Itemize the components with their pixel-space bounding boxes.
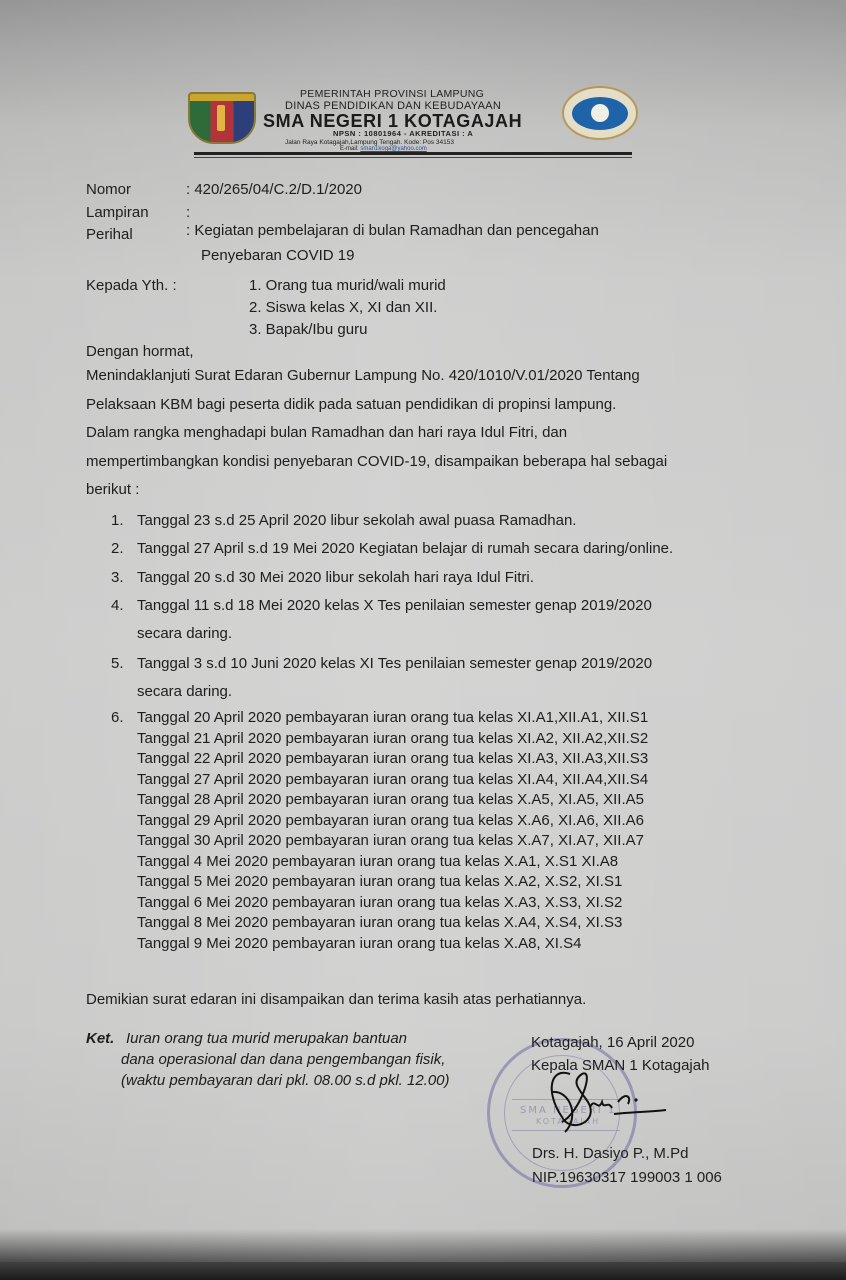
nomor-label: Nomor [86, 181, 131, 198]
list-item-number: 2. [111, 540, 124, 557]
recipient-item: 3. Bapak/Ibu guru [249, 321, 367, 338]
paragraph-line: mempertimbangkan kondisi penyebaran COVI… [86, 453, 667, 470]
list-item-number: 4. [111, 597, 124, 614]
note-line: dana operasional dan dana pengembangan f… [121, 1051, 445, 1068]
paragraph-line: Menindaklanjuti Surat Edaran Gubernur La… [86, 367, 640, 384]
perihal-label: Perihal [86, 226, 133, 243]
list-item-number: 6. [111, 709, 124, 726]
letterhead-address: Jalan Raya Kotagajah,Lampung Tengah. Kod… [285, 139, 454, 146]
paragraph-line: berikut : [86, 481, 139, 498]
list-item: Tanggal 20 April 2020 pembayaran iuran o… [137, 709, 648, 726]
nomor-value: : 420/265/04/C.2/D.1/2020 [186, 181, 362, 198]
signer-nip: NIP.19630317 199003 1 006 [532, 1169, 722, 1186]
signer-name: Drs. H. Dasiyo P., M.Pd [532, 1145, 688, 1162]
closing-sentence: Demikian surat edaran ini disampaikan da… [86, 991, 586, 1008]
lampiran-value: : [186, 204, 190, 221]
list-item: Tanggal 30 April 2020 pembayaran iuran o… [137, 832, 644, 849]
list-item: Tanggal 27 April 2020 pembayaran iuran o… [137, 771, 648, 788]
paragraph-line: Dalam rangka menghadapi bulan Ramadhan d… [86, 424, 567, 441]
lampiran-label: Lampiran [86, 204, 149, 221]
list-item-number: 1. [111, 512, 124, 529]
recipient-item: 1. Orang tua murid/wali murid [249, 277, 446, 294]
paragraph-line: Pelaksaan KBM bagi peserta didik pada sa… [86, 396, 616, 413]
list-item: Tanggal 9 Mei 2020 pembayaran iuran oran… [137, 935, 581, 952]
note-line: Iuran orang tua murid merupakan bantuan [126, 1030, 407, 1047]
list-item: Tanggal 21 April 2020 pembayaran iuran o… [137, 730, 648, 747]
recipient-item: 2. Siswa kelas X, XI dan XII. [249, 299, 437, 316]
perihal-value-cont: Penyebaran COVID 19 [201, 247, 354, 264]
note-label: Ket. [86, 1030, 114, 1047]
list-item: Tanggal 6 Mei 2020 pembayaran iuran oran… [137, 894, 622, 911]
list-item: Tanggal 8 Mei 2020 pembayaran iuran oran… [137, 914, 622, 931]
signature-icon [540, 1062, 670, 1142]
greeting: Dengan hormat, [86, 343, 194, 360]
list-item: Tanggal 27 April s.d 19 Mei 2020 Kegiata… [137, 540, 673, 557]
letterhead-divider [194, 152, 632, 155]
list-item: Tanggal 28 April 2020 pembayaran iuran o… [137, 791, 644, 808]
list-item: Tanggal 29 April 2020 pembayaran iuran o… [137, 812, 644, 829]
perihal-value: : Kegiatan pembelajaran di bulan Ramadha… [186, 222, 599, 239]
list-item-number: 5. [111, 655, 124, 672]
note-line: (waktu pembayaran dari pkl. 08.00 s.d pk… [121, 1072, 450, 1089]
list-item: Tanggal 22 April 2020 pembayaran iuran o… [137, 750, 648, 767]
list-item: secara daring. [137, 683, 232, 700]
school-emblem-logo [562, 86, 638, 140]
place-date: Kotagajah, 16 April 2020 [531, 1034, 694, 1051]
list-item: Tanggal 4 Mei 2020 pembayaran iuran oran… [137, 853, 618, 870]
letterhead-divider-thin [194, 157, 632, 158]
province-crest-logo [188, 92, 256, 144]
list-item: secara daring. [137, 625, 232, 642]
list-item: Tanggal 20 s.d 30 Mei 2020 libur sekolah… [137, 569, 534, 586]
list-item: Tanggal 3 s.d 10 Juni 2020 kelas XI Tes … [137, 655, 652, 672]
list-item: Tanggal 5 Mei 2020 pembayaran iuran oran… [137, 873, 622, 890]
letterhead-government: PEMERINTAH PROVINSI LAMPUNG [300, 88, 484, 100]
list-item-number: 3. [111, 569, 124, 586]
kepada-label: Kepada Yth. : [86, 277, 177, 294]
letterhead-npsn: NPSN : 10801964 - AKREDITASI : A [333, 129, 473, 138]
signer-position: Kepala SMAN 1 Kotagajah [531, 1057, 709, 1074]
list-item: Tanggal 11 s.d 18 Mei 2020 kelas X Tes p… [137, 597, 652, 614]
list-item: Tanggal 23 s.d 25 April 2020 libur sekol… [137, 512, 576, 529]
